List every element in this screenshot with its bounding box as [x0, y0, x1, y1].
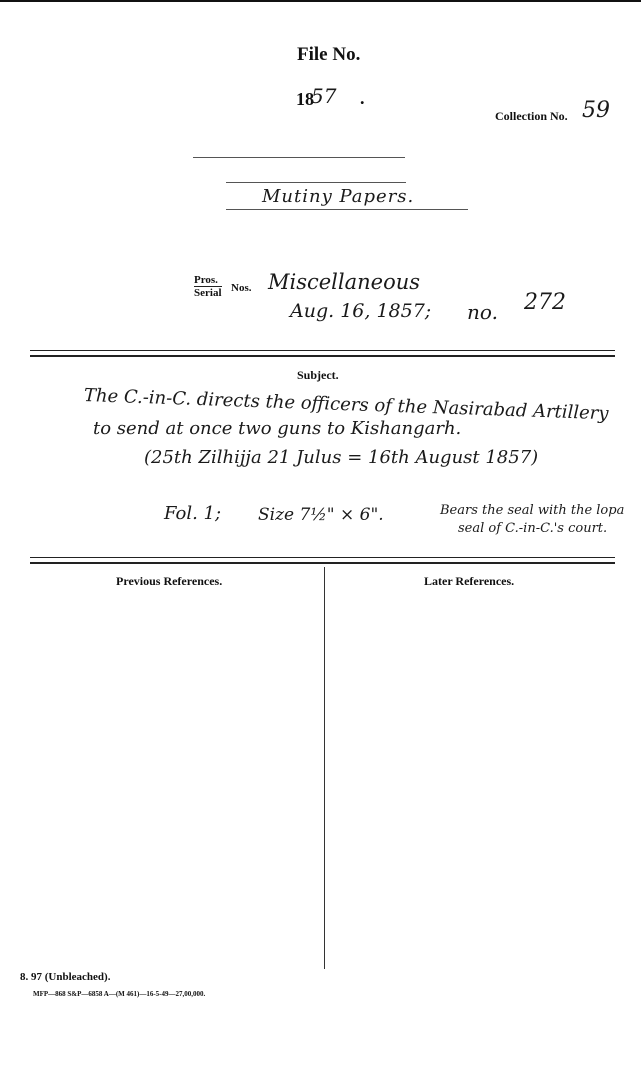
top-border [0, 0, 641, 2]
references-top-rule [30, 557, 615, 568]
form-code: 8. 97 (Unbleached). [20, 971, 110, 983]
seal-note-line-2: seal of C.-in-C.'s court. [458, 521, 607, 536]
folio-count: Fol. 1; [164, 503, 221, 524]
document-size: Size 7½" × 6". [258, 505, 384, 525]
subject-line-3: (25th Zilhijja 21 Julus = 16th August 18… [144, 447, 538, 468]
pros-serial-label: Pros. Serial [194, 274, 222, 299]
pros-label: Pros. [194, 274, 222, 287]
pros-date: Aug. 16, 1857; [290, 300, 431, 322]
subject-line-2: to send at once two guns to Kishangarh. [93, 418, 461, 439]
pros-number: 272 [524, 290, 566, 315]
year-dot: . [360, 88, 365, 109]
year-handwritten: 57 [311, 84, 336, 108]
rule-2 [226, 182, 406, 183]
rule-1 [193, 157, 405, 158]
subject-label: Subject. [297, 368, 339, 383]
collection-label: Collection No. [495, 109, 568, 124]
seal-note-line-1: Bears the seal with the lopa [440, 503, 624, 518]
document-title: Mutiny Papers. [262, 186, 414, 207]
collection-number: 59 [582, 98, 610, 123]
later-references-label: Later References. [424, 574, 514, 589]
previous-references-label: Previous References. [116, 574, 222, 589]
column-divider [324, 567, 325, 969]
printer-line: MFP—868 S&P—6858 A—(M 461)—16-5-49—27,00… [33, 990, 205, 998]
serial-label: Serial [194, 287, 222, 299]
title-underline [226, 209, 468, 210]
pros-category: Miscellaneous [268, 270, 420, 294]
pros-no-label: no. [467, 300, 498, 324]
file-no-label: File No. [297, 44, 360, 66]
subject-top-rule [30, 350, 615, 361]
nos-label: Nos. [231, 282, 251, 294]
